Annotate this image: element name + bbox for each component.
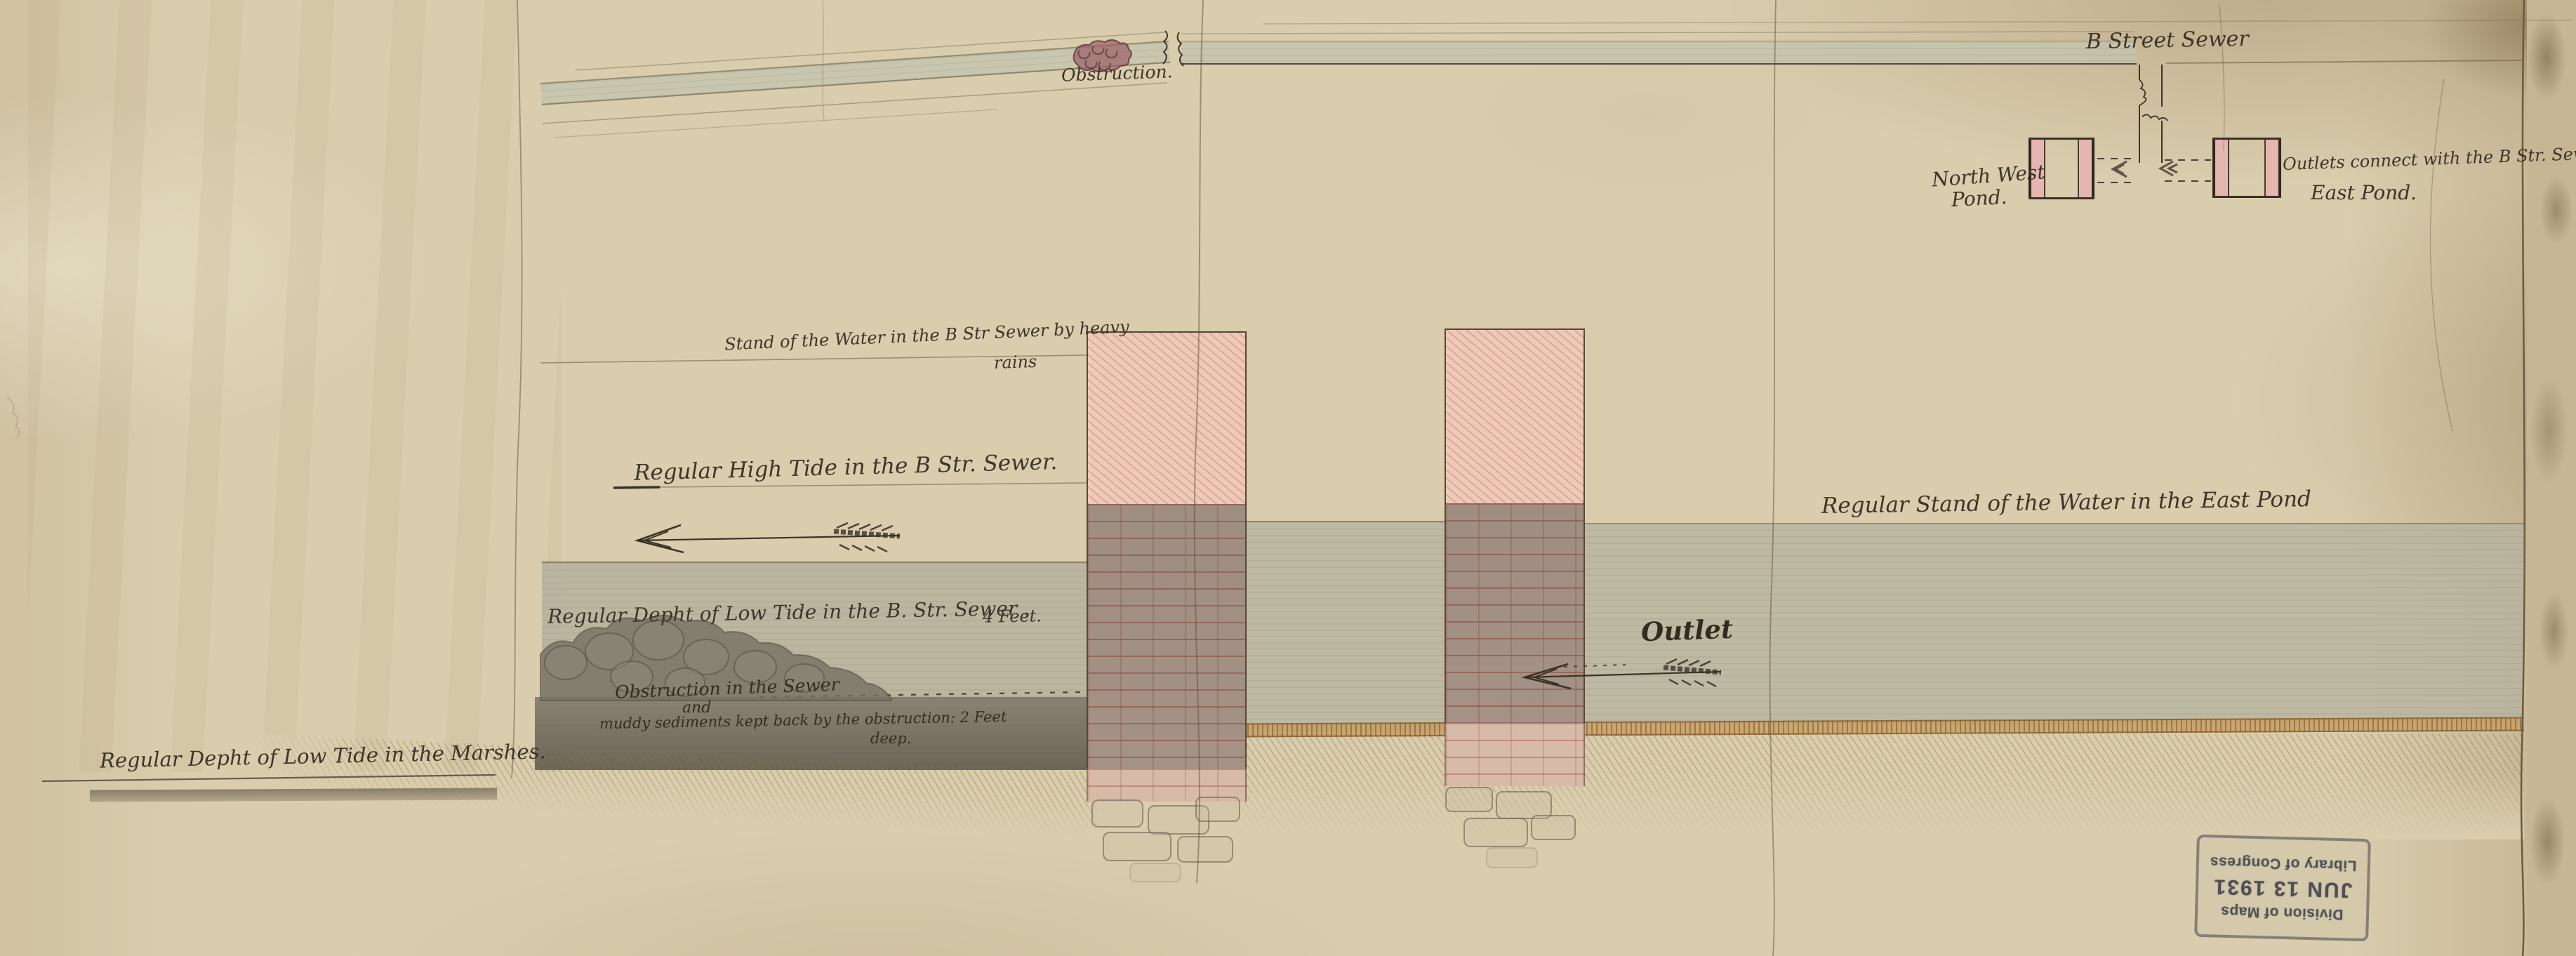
heavy-rains-label-line2: rains — [994, 352, 1037, 373]
stamp-library-line: Library of Congress — [2210, 853, 2357, 873]
linework-layer — [0, 0, 2576, 956]
pier-foundation-stones — [1092, 788, 1575, 882]
low-tide-depth-label: 4 Feet. — [983, 606, 1042, 626]
b-street-sewer-label: B Street Sewer — [2086, 27, 2249, 54]
outlet-label: Outlet — [1640, 613, 1733, 648]
sewer-plan-lines — [542, 20, 2572, 138]
pond-connectors — [2097, 159, 2211, 182]
outlet-arrow-icon — [1525, 659, 1721, 689]
northwest-pond-label-line2: Pond. — [1951, 185, 2007, 211]
stamp-date-line: JUN 13 1931 — [2212, 874, 2353, 901]
channel-break-marks — [1163, 31, 1183, 66]
map-canvas: Obstruction. B Street Sewer North West P… — [0, 0, 2576, 956]
pond-channel-lines — [2139, 65, 2167, 163]
flow-arrow-icon — [637, 523, 900, 552]
marsh-low-tide-line — [42, 775, 496, 781]
east-pond-label: East Pond. — [2311, 181, 2417, 204]
obstruction-plan-label: Obstruction. — [1061, 61, 1173, 86]
library-stamp: Division of Maps JUN 13 1931 Library of … — [2194, 835, 2371, 941]
obstruction-sewer-label-line4: deep. — [870, 730, 911, 747]
stamp-division-line: Division of Maps — [2220, 903, 2343, 923]
paper-creases — [7, 0, 2525, 956]
